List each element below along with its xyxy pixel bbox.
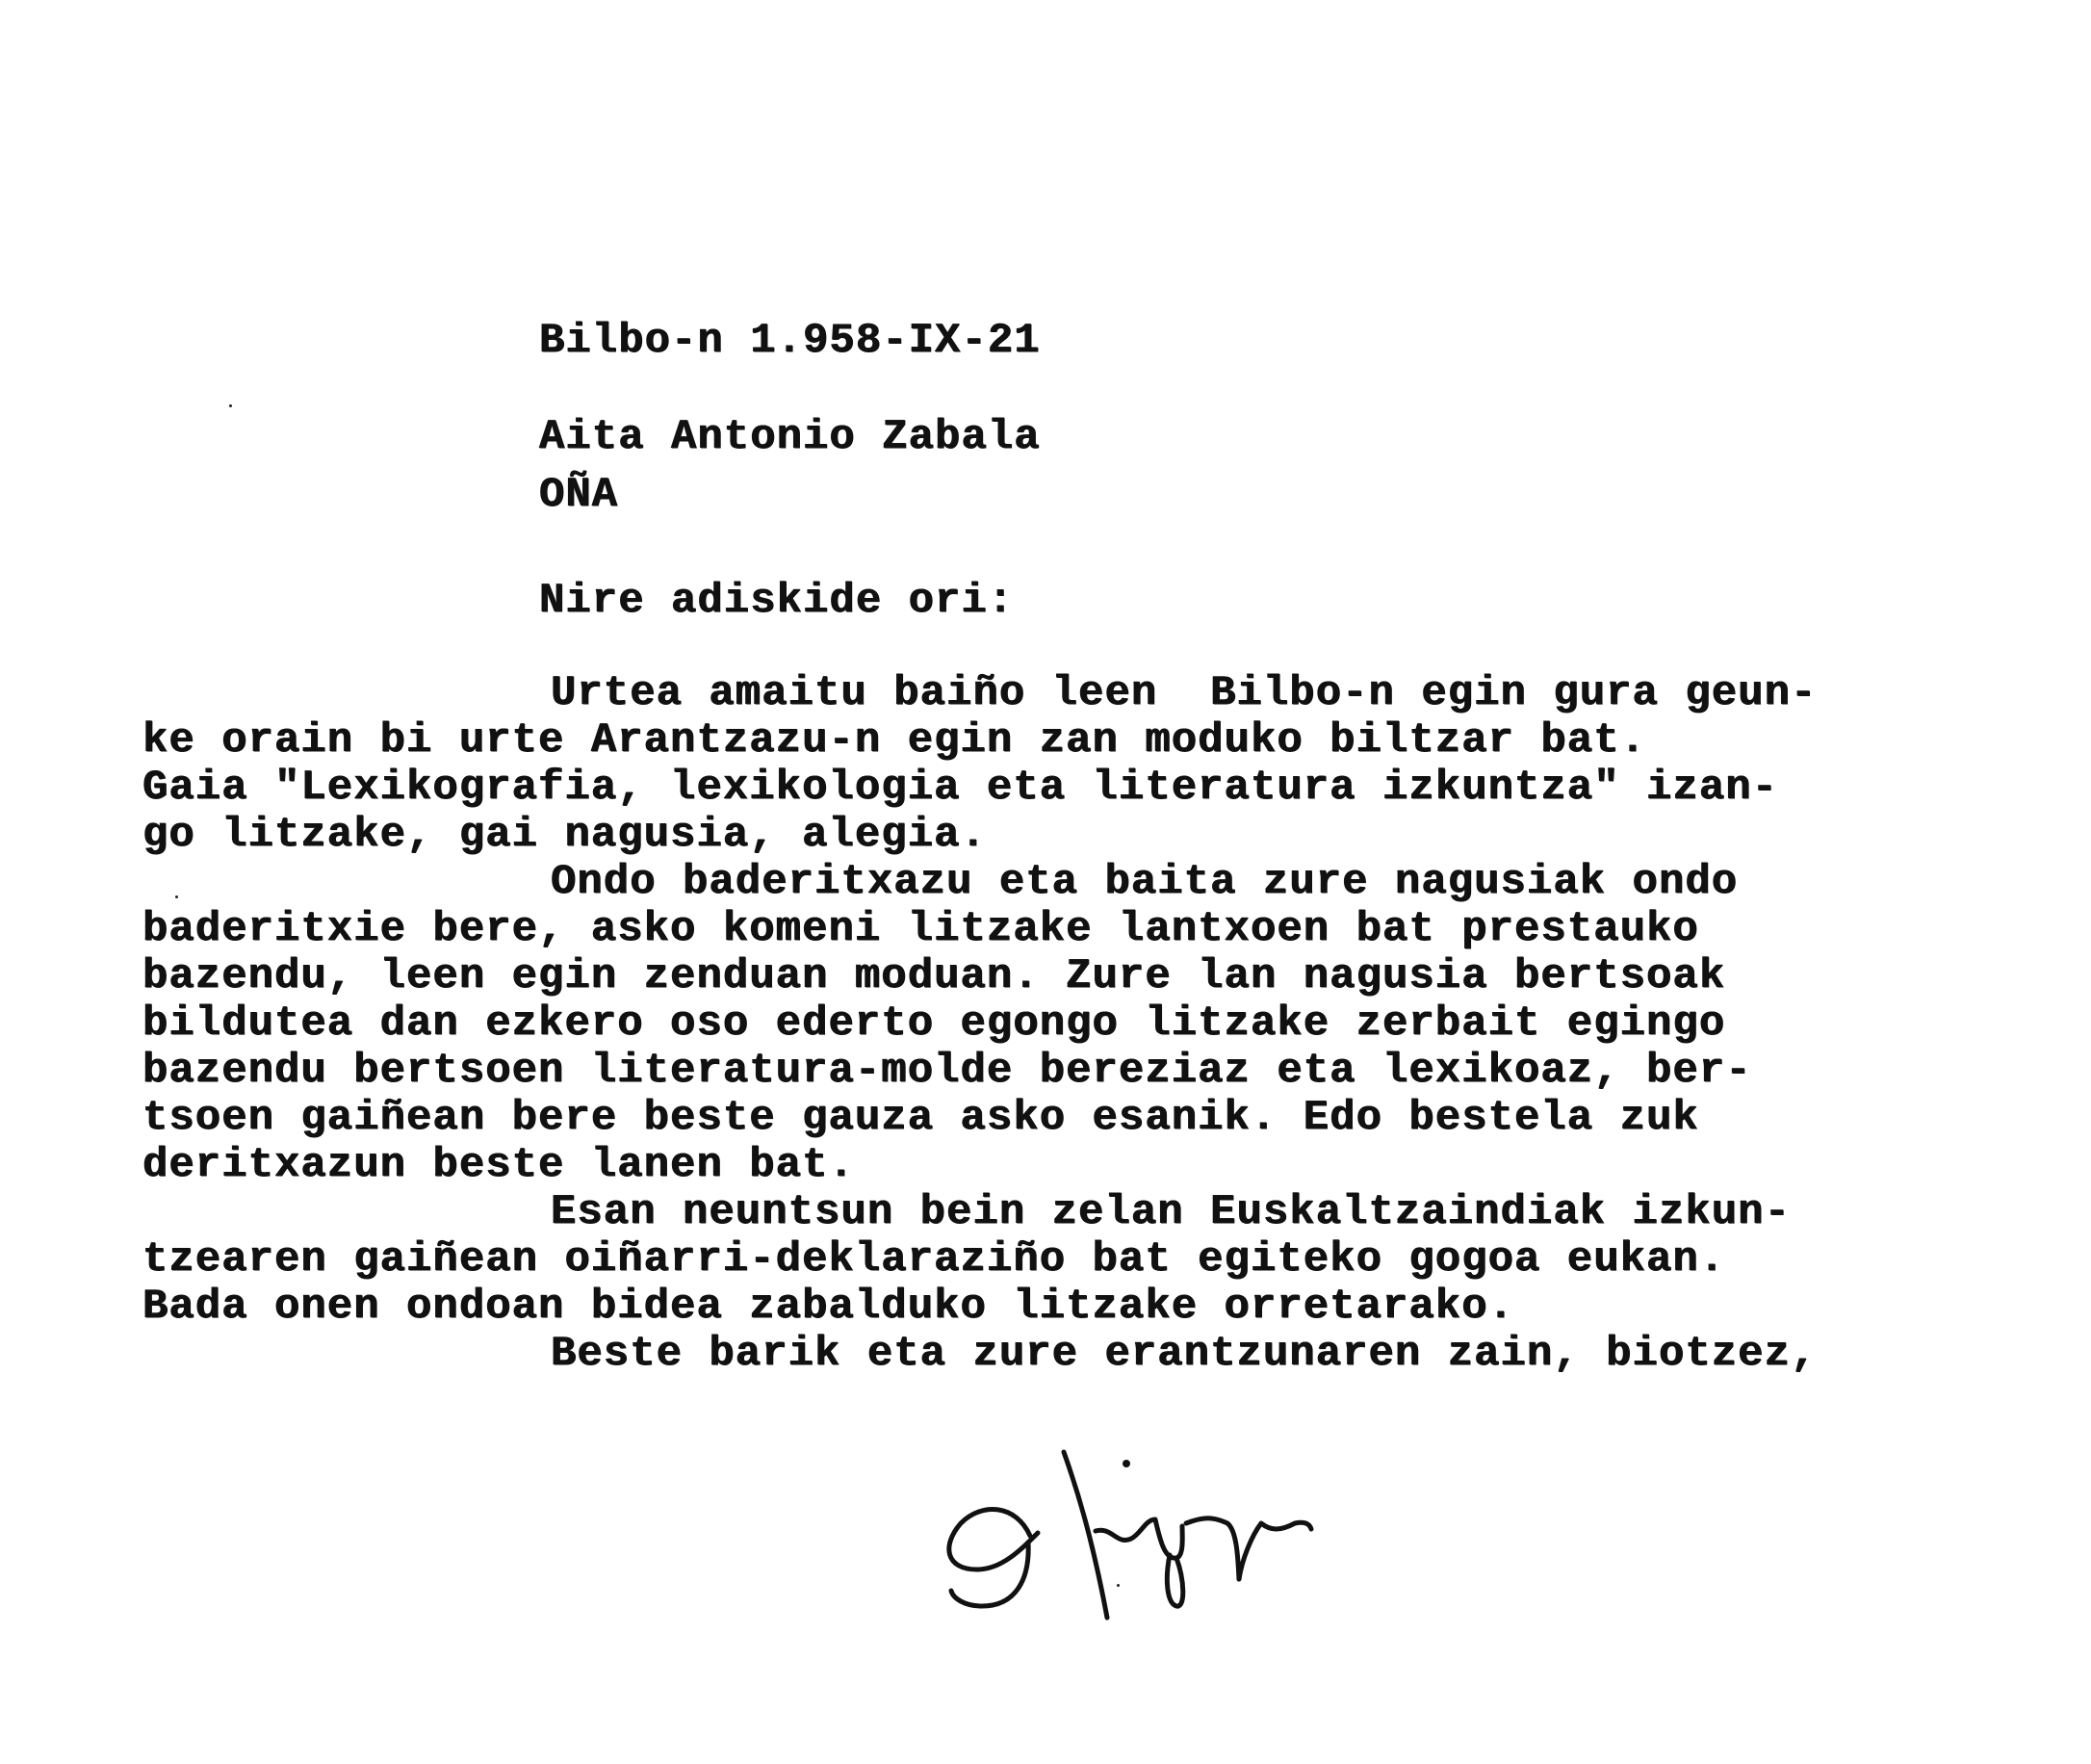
place-date: Bilbo-n 1.958-IX-21	[539, 318, 1041, 364]
salutation: Nire adiskide ori:	[539, 578, 1014, 624]
body-line: go litzake, gai nagusia, alegia.	[142, 812, 987, 858]
body-line: Esan neuntsun bein zelan Euskaltzaindiak…	[551, 1189, 1791, 1235]
body-line: Bada onen ondoan bidea zabalduko litzake…	[142, 1284, 1514, 1330]
body-line: Urtea amaitu baiño leen Bilbo-n egin gur…	[551, 670, 1817, 716]
recipient-name: Aita Antonio Zabala	[539, 414, 1041, 460]
letter-page: Bilbo-n 1.958-IX-21 Aita Antonio Zabala …	[0, 0, 2091, 1764]
signature-icon	[924, 1435, 1329, 1637]
recipient-place: OÑA	[539, 472, 618, 518]
paper-speck	[229, 404, 232, 407]
body-line: bildutea dan ezkero oso ederto egongo li…	[142, 1000, 1725, 1047]
body-line: ke orain bi urte Arantzazu-n egin zan mo…	[142, 717, 1646, 764]
body-line: Beste barik eta zure erantzunaren zain, …	[551, 1331, 1817, 1377]
body-line: Gaia "Lexikografia, lexikologia eta lite…	[142, 765, 1778, 811]
paper-speck	[1117, 1584, 1120, 1587]
body-line: bazendu bertsoen literatura-molde berezi…	[142, 1048, 1752, 1094]
body-line: baderitxie bere, asko komeni litzake lan…	[142, 906, 1699, 952]
body-line: deritxazun beste lanen bat.	[142, 1142, 855, 1188]
body-line: tzearen gaiñean oiñarri-deklaraziño bat …	[142, 1236, 1725, 1283]
body-line: tsoen gaiñean bere beste gauza asko esan…	[142, 1095, 1699, 1141]
body-line: bazendu, leen egin zenduan moduan. Zure …	[142, 953, 1725, 999]
paper-speck	[175, 895, 178, 898]
body-line: Ondo baderitxazu eta baita zure nagusiak…	[551, 859, 1738, 905]
